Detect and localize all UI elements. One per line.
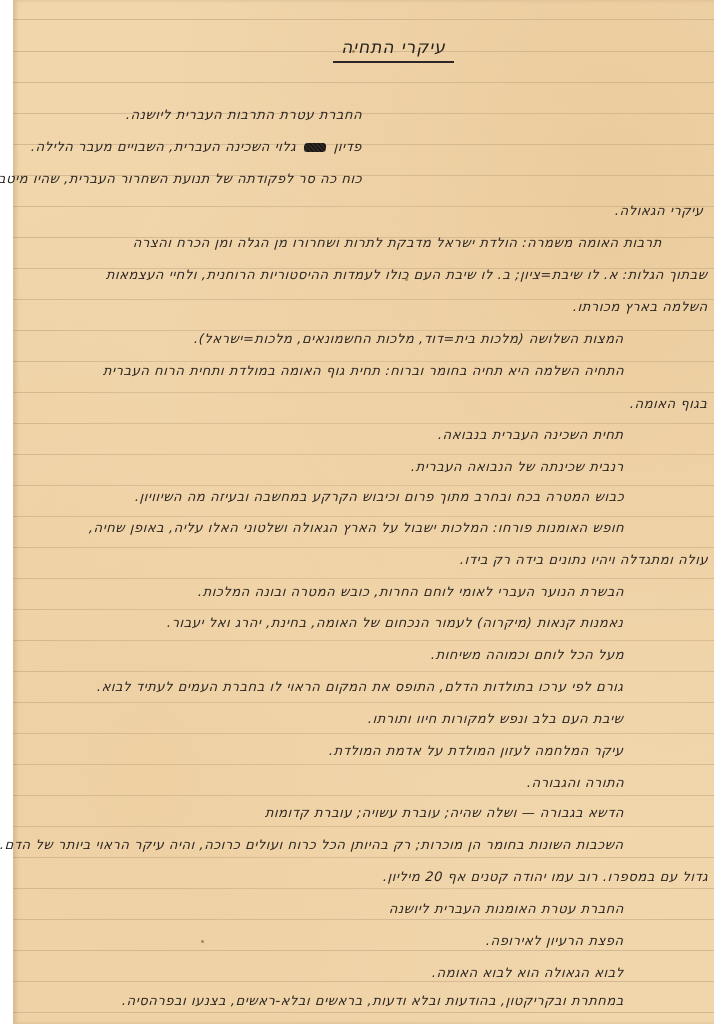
line-text: המצות השלושה (מלכות בית=דוד, מלכות החשמו…	[194, 332, 625, 347]
handwritten-line: לבוא הגאולה הוא לבוא האומה.	[432, 966, 625, 981]
handwritten-line: עיקרי הגאולה.	[615, 204, 705, 219]
handwritten-line: בגוף האומה.	[630, 397, 709, 412]
line-text: הפצת הרעיון לאירופה.	[486, 934, 625, 949]
handwritten-line: השכבות השונות בחומר הן מוכרות; רק בהיותן…	[0, 838, 625, 853]
handwritten-line: שיבת העם בלב ונפש למקורות חיוו ותורתו.	[368, 712, 625, 727]
handwritten-line: עיקר המלחמה לעזון המולדת על אדמת המולדת.	[329, 744, 625, 759]
line-text: לבוא הגאולה הוא לבוא האומה.	[432, 966, 625, 981]
line-text: במחתרת ובקריקטון, בהודעות ובלא ודעות, בר…	[121, 994, 624, 1009]
line-text: עולה ומתגדלה ויהיו נתונים בידה רק בידו.	[459, 553, 708, 568]
handwritten-line: הדשא בגבורה — ושלה שהיה; עוברת עשויה; עו…	[264, 806, 624, 821]
line-text: החברת עטרת התרבות העברית ליושנה.	[125, 108, 362, 123]
line-text: התורה והגבורה.	[526, 776, 624, 791]
crossed-out-word	[304, 143, 327, 152]
handwritten-line: תרבות האומה משמרה: הולדת ישראל מדבקת לתר…	[133, 236, 663, 251]
line-text: השכבות השונות בחומר הן מוכרות; רק בהיותן…	[0, 838, 625, 853]
line-text: השלמה בארץ מכורתו.	[573, 300, 709, 315]
line-text: פדיון גלוי השכינה העברית, השבויים מעבר ה…	[30, 140, 362, 155]
handwritten-line: השלמה בארץ מכורתו.	[573, 300, 709, 315]
handwritten-line: רנבית שכינתה של הנבואה העברית.	[411, 460, 625, 475]
line-text: גורם לפי ערכו בתולדות הדלם, התופס את המק…	[97, 680, 625, 695]
handwritten-line: פדיון גלוי השכינה העברית, השבויים מעבר ה…	[30, 140, 362, 155]
handwritten-line: המצות השלושה (מלכות בית=דוד, מלכות החשמו…	[194, 332, 625, 347]
handwritten-line: הבשרת הנוער העברי לאומי לוחם החרות, כובש…	[197, 585, 624, 600]
line-text: גדול עם במספרו. רוב עמו יהודה קטנים אף 2…	[382, 870, 708, 885]
ink-spot	[201, 940, 204, 943]
line-text: עיקרי הגאולה.	[615, 204, 705, 219]
handwritten-line: הפצת הרעיון לאירופה.	[486, 934, 625, 949]
handwritten-line: גורם לפי ערכו בתולדות הדלם, התופס את המק…	[97, 680, 625, 695]
handwritten-line: תחית השכינה העברית בנבואה.	[438, 428, 625, 443]
line-text: הדשא בגבורה — ושלה שהיה; עוברת עשויה; עו…	[264, 806, 624, 821]
handwritten-line: נאמנות קנאות (מיקרוה) לעמור הנכחום של הא…	[167, 616, 625, 631]
handwritten-line: התחיה השלמה היא תחיה בחומר וברוח: תחית ג…	[102, 364, 624, 379]
manuscript-page: עיקרי התחיה החברת עטרת התרבות העברית ליו…	[13, 0, 714, 1024]
line-text: התחיה השלמה היא תחיה בחומר וברוח: תחית ג…	[102, 364, 624, 379]
handwritten-line: כבוש המטרה בכח ובחרב מתוך פרום וכיבוש הק…	[134, 490, 624, 505]
handwritten-line: החברת עטרת התרבות העברית ליושנה.	[125, 108, 362, 123]
line-text: שיבת העם בלב ונפש למקורות חיוו ותורתו.	[368, 712, 625, 727]
line-text: נאמנות קנאות (מיקרוה) לעמור הנכחום של הא…	[167, 616, 625, 631]
handwritten-line: גדול עם במספרו. רוב עמו יהודה קטנים אף 2…	[382, 870, 708, 885]
handwritten-lines: החברת עטרת התרבות העברית ליושנה.פדיון גל…	[13, 0, 714, 1024]
line-text: תחית השכינה העברית בנבואה.	[438, 428, 625, 443]
line-text: כוח כה סר לפקודתה של תנועת השחרור העברית…	[0, 172, 363, 187]
line-text: החברת עטרת האומנות העברית ליושנה	[388, 902, 624, 917]
handwritten-line: החברת עטרת האומנות העברית ליושנה	[388, 902, 624, 917]
ink-spot	[352, 50, 355, 53]
line-text: עיקר המלחמה לעזון המולדת על אדמת המולדת.	[329, 744, 625, 759]
handwritten-line: כוח כה סר לפקודתה של תנועת השחרור העברית…	[0, 172, 363, 187]
line-text: כבוש המטרה בכח ובחרב מתוך פרום וכיבוש הק…	[134, 490, 624, 505]
line-text: חופש האומנות פורחו: המלכות ישבול על הארץ…	[88, 521, 624, 536]
handwritten-line: מעל הכל לוחם וכמוהה משיחות.	[430, 648, 624, 663]
line-text: תרבות האומה משמרה: הולדת ישראל מדבקת לתר…	[133, 236, 663, 251]
line-text: בגוף האומה.	[630, 397, 709, 412]
line-text: מעל הכל לוחם וכמוהה משיחות.	[430, 648, 624, 663]
handwritten-line: במחתרת ובקריקטון, בהודעות ובלא ודעות, בר…	[121, 994, 624, 1009]
line-text: רנבית שכינתה של הנבואה העברית.	[411, 460, 625, 475]
line-text: הבשרת הנוער העברי לאומי לוחם החרות, כובש…	[197, 585, 624, 600]
handwritten-line: עולה ומתגדלה ויהיו נתונים בידה רק בידו.	[459, 553, 708, 568]
ink-spot	[405, 278, 408, 281]
handwritten-line: התורה והגבורה.	[526, 776, 624, 791]
handwritten-line: חופש האומנות פורחו: המלכות ישבול על הארץ…	[88, 521, 624, 536]
